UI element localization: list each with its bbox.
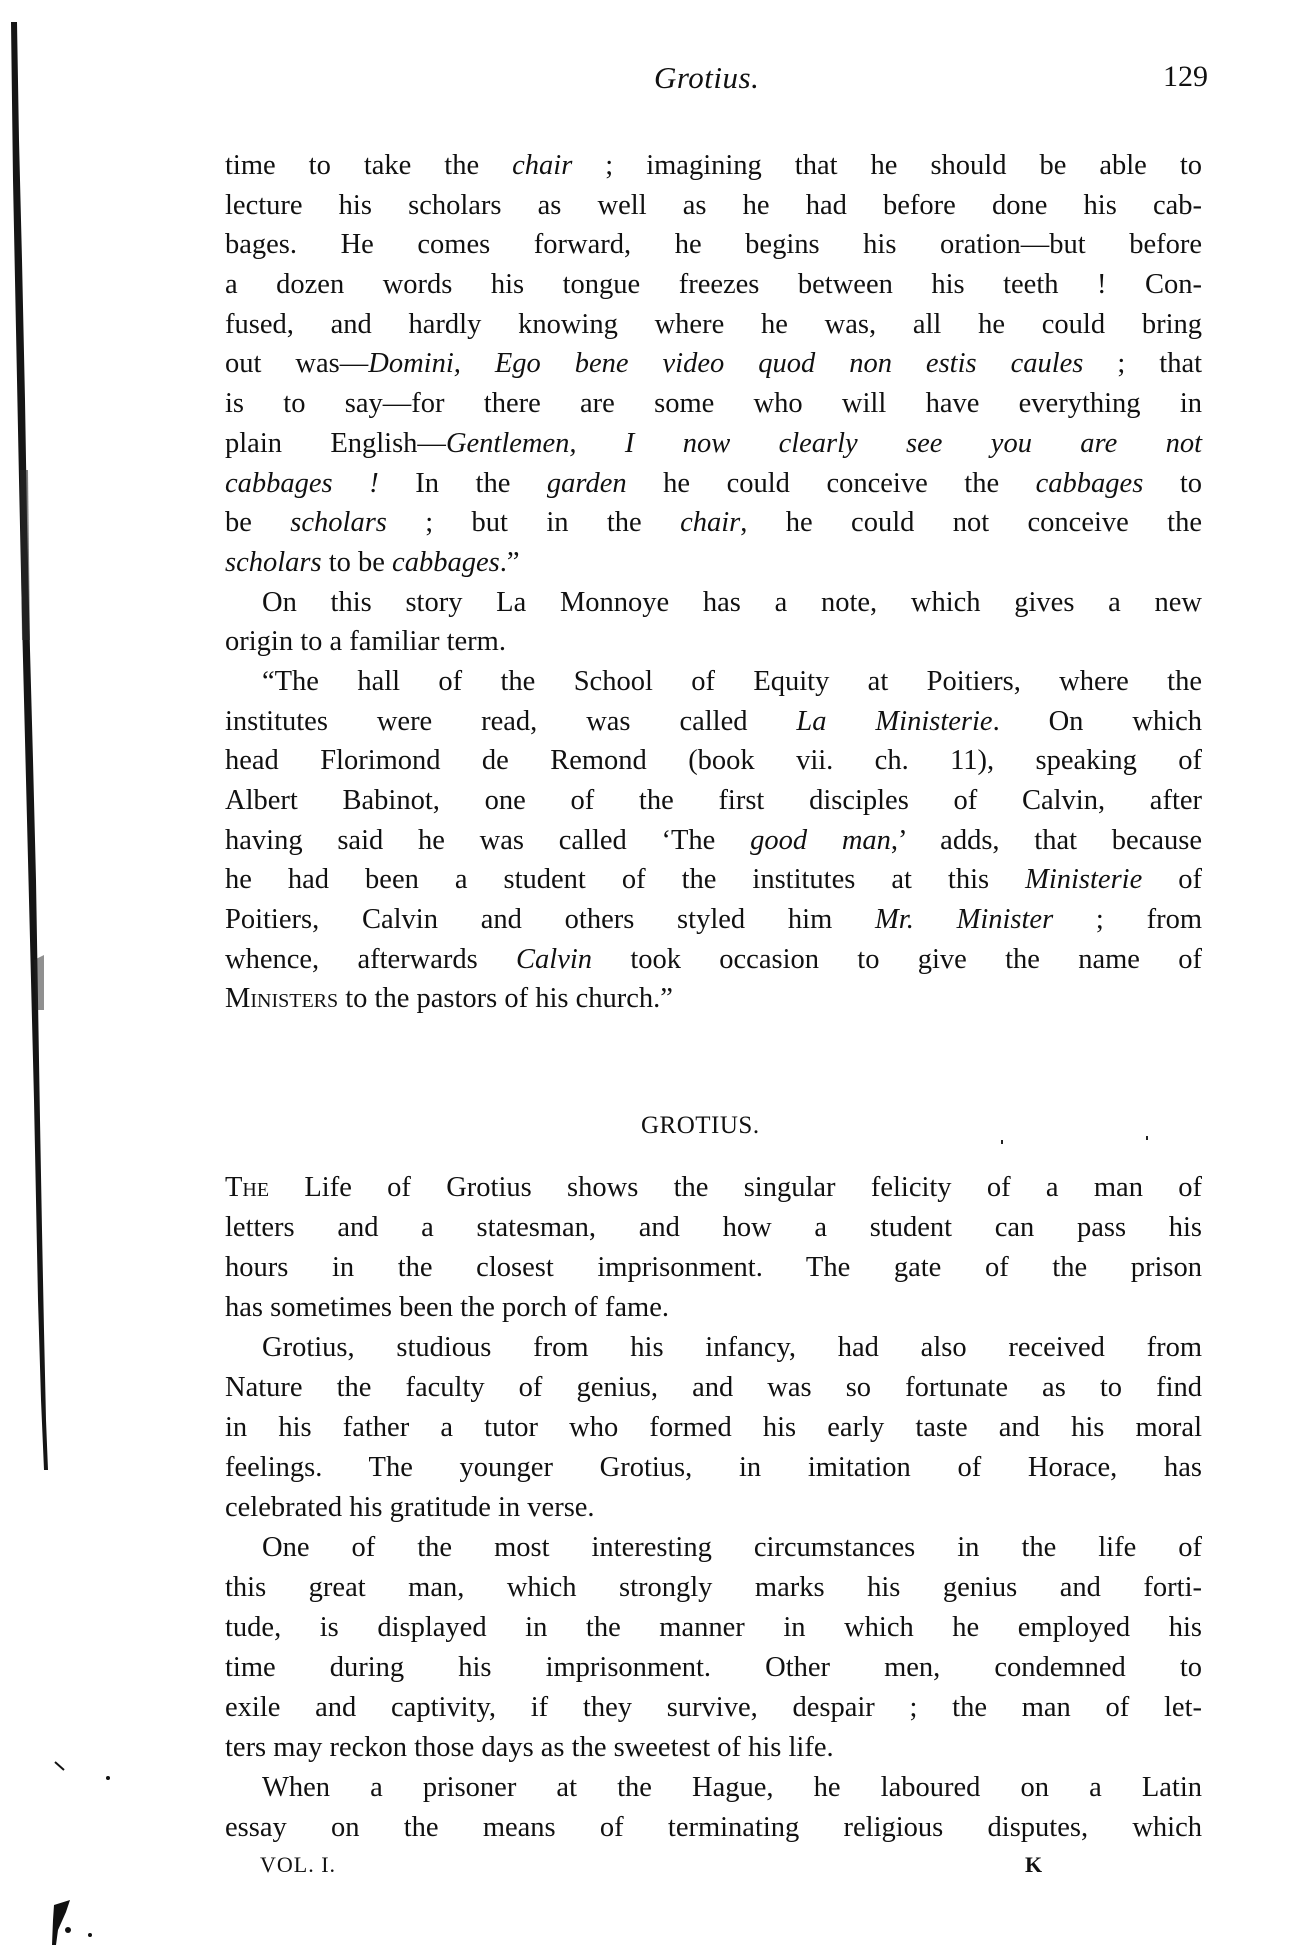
text-line: Ministers to the pastors of his church.” [225, 979, 1202, 1019]
text-line: When a prisoner at the Hague, he laboure… [225, 1768, 1202, 1808]
italic-phrase: La Ministerie [796, 706, 992, 737]
text-line: plain English—Gentlemen, I now clearly s… [225, 424, 1202, 464]
italic-phrase: good man [750, 825, 891, 856]
text-line: celebrated his gratitude in verse. [225, 1488, 1202, 1528]
text-line: time to take the chair ; imagining that … [225, 146, 1202, 186]
text-run: has sometimes been the porch of fame. [225, 1292, 669, 1323]
text-line: On this story La Monnoye has a note, whi… [225, 583, 1202, 623]
page-footer: VOL. I. K [0, 1852, 1314, 1882]
text-run: ; but in the [387, 507, 680, 538]
text-run: hours in the closest imprisonment. The g… [225, 1252, 1202, 1283]
text-line: “The hall of the School of Equity at Poi… [225, 662, 1202, 702]
text-line: this great man, which strongly marks his… [225, 1568, 1202, 1608]
text-line: cabbages ! In the garden he could concei… [225, 464, 1202, 504]
text-line: time during his imprisonment. Other men,… [225, 1648, 1202, 1688]
text-run: ,’ adds, that because [891, 825, 1202, 856]
text-run: took occasion to give the name of [592, 944, 1202, 975]
text-run: to the pastors of his church.” [338, 983, 673, 1014]
text-run: time during his imprisonment. Other men,… [225, 1652, 1202, 1683]
text-run: essay on the means of terminating religi… [225, 1812, 1202, 1843]
text-run: ; from [1053, 904, 1202, 935]
text-line: Nature the faculty of genius, and was so… [225, 1368, 1202, 1408]
text-run: . On which [993, 706, 1202, 737]
text-run: ; imagining that he should be able to [572, 150, 1202, 181]
text-run: feelings. The younger Grotius, in imitat… [225, 1452, 1202, 1483]
text-run: “The hall of the School of Equity at Poi… [262, 666, 1202, 697]
text-run: ; that [1083, 348, 1202, 379]
text-line: Albert Babinot, one of the first discipl… [225, 781, 1202, 821]
italic-phrase: garden [547, 468, 627, 499]
italic-phrase: chair [680, 507, 740, 538]
text-line: head Florimond de Remond (book vii. ch. … [225, 741, 1202, 781]
text-run: origin to a familiar term. [225, 626, 506, 657]
text-line: bages. He comes forward, he begins his o… [225, 225, 1202, 265]
text-run: he could conceive the [627, 468, 1036, 499]
text-line: feelings. The younger Grotius, in imitat… [225, 1448, 1202, 1488]
text-line: The Life of Grotius shows the singular f… [225, 1168, 1202, 1208]
text-line: tude, is displayed in the manner in whic… [225, 1608, 1202, 1648]
italic-phrase: Domini, Ego bene video quod non estis ca… [368, 348, 1083, 379]
text-run: a dozen words his tongue freezes between… [225, 269, 1202, 300]
text-run: to be [322, 547, 392, 578]
italic-phrase: scholars [225, 547, 322, 578]
italic-phrase: Calvin [516, 944, 592, 975]
small-caps-phrase: Ministers [225, 983, 338, 1014]
text-run: One of the most interesting circumstance… [262, 1532, 1202, 1563]
text-run: On this story La Monnoye has a note, whi… [262, 587, 1202, 618]
text-line: he had been a student of the institutes … [225, 860, 1202, 900]
text-run: Grotius, studious from his infancy, had … [262, 1332, 1202, 1363]
text-line: be scholars ; but in the chair, he could… [225, 503, 1202, 543]
text-line: Grotius, studious from his infancy, had … [225, 1328, 1202, 1368]
italic-phrase: cabbages [392, 547, 500, 578]
text-run: bages. He comes forward, he begins his o… [225, 229, 1202, 260]
text-line: essay on the means of terminating religi… [225, 1808, 1202, 1848]
text-run: whence, afterwards [225, 944, 516, 975]
italic-phrase: Ministerie [1025, 864, 1142, 895]
page-number: 129 [1163, 60, 1208, 94]
text-block-grotius-essay: The Life of Grotius shows the singular f… [225, 1168, 1202, 1848]
text-run: lecture his scholars as well as he had b… [225, 190, 1202, 221]
text-line: is to say—for there are some who will ha… [225, 384, 1202, 424]
text-run: ters may reckon those days as the sweete… [225, 1732, 834, 1763]
scanned-page-edge-shadow [0, 0, 120, 1951]
text-run: fused, and hardly knowing where he was, … [225, 309, 1202, 340]
text-run: exile and captivity, if they survive, de… [225, 1692, 1202, 1723]
text-block-continued-anecdote: time to take the chair ; imagining that … [225, 146, 1202, 1019]
text-run: tude, is displayed in the manner in whic… [225, 1612, 1202, 1643]
text-line: in his father a tutor who formed his ear… [225, 1408, 1202, 1448]
running-head: Grotius. 129 [0, 58, 1314, 108]
text-line: ters may reckon those days as the sweete… [225, 1728, 1202, 1768]
text-run: letters and a statesman, and how a stude… [225, 1212, 1202, 1243]
text-run: in his father a tutor who formed his ear… [225, 1412, 1202, 1443]
text-run: Albert Babinot, one of the first discipl… [225, 785, 1202, 816]
text-line: origin to a familiar term. [225, 622, 1202, 662]
text-line: exile and captivity, if they survive, de… [225, 1688, 1202, 1728]
small-caps-phrase: The [225, 1172, 269, 1203]
text-line: whence, afterwards Calvin took occasion … [225, 940, 1202, 980]
italic-phrase: Gentlemen, I now clearly see you are not [446, 428, 1202, 459]
italic-phrase: scholars [290, 507, 387, 538]
text-run: be [225, 507, 290, 538]
text-run: to [1143, 468, 1202, 499]
text-line: Poitiers, Calvin and others styled him M… [225, 900, 1202, 940]
running-title: Grotius. [654, 60, 759, 96]
text-line: hours in the closest imprisonment. The g… [225, 1248, 1202, 1288]
text-run: out was— [225, 348, 368, 379]
volume-signature: VOL. I. [260, 1852, 336, 1878]
italic-phrase: cabbages [1036, 468, 1144, 499]
text-run: plain English— [225, 428, 446, 459]
text-run: head Florimond de Remond (book vii. ch. … [225, 745, 1202, 776]
stray-print-mark [1001, 1140, 1003, 1144]
text-run: .” [500, 547, 520, 578]
text-run: , he could not conceive the [740, 507, 1202, 538]
italic-phrase: Mr. Minister [875, 904, 1053, 935]
text-line: One of the most interesting circumstance… [225, 1528, 1202, 1568]
text-line: letters and a statesman, and how a stude… [225, 1208, 1202, 1248]
italic-phrase: cabbages ! [225, 468, 379, 499]
gathering-signature: K [1025, 1852, 1042, 1878]
text-run: When a prisoner at the Hague, he laboure… [262, 1772, 1202, 1803]
text-run: Nature the faculty of genius, and was so… [225, 1372, 1202, 1403]
text-run: institutes were read, was called [225, 706, 796, 737]
section-heading: GROTIUS. [641, 1112, 760, 1140]
text-run: Life of Grotius shows the singular felic… [269, 1172, 1202, 1203]
text-run: Poitiers, Calvin and others styled him [225, 904, 875, 935]
text-line: scholars to be cabbages.” [225, 543, 1202, 583]
text-run: having said he was called ‘The [225, 825, 750, 856]
text-run: celebrated his gratitude in verse. [225, 1492, 595, 1523]
text-run: time to take the [225, 150, 512, 181]
text-line: a dozen words his tongue freezes between… [225, 265, 1202, 305]
text-line: fused, and hardly knowing where he was, … [225, 305, 1202, 345]
italic-phrase: chair [512, 150, 572, 181]
stray-print-mark [1146, 1136, 1148, 1140]
text-run: he had been a student of the institutes … [225, 864, 1025, 895]
text-run: this great man, which strongly marks his… [225, 1572, 1202, 1603]
text-line: institutes were read, was called La Mini… [225, 702, 1202, 742]
text-line: lecture his scholars as well as he had b… [225, 186, 1202, 226]
text-run: In the [379, 468, 547, 499]
text-run: of [1142, 864, 1202, 895]
text-run: is to say—for there are some who will ha… [225, 388, 1202, 419]
text-line: has sometimes been the porch of fame. [225, 1288, 1202, 1328]
text-line: out was—Domini, Ego bene video quod non … [225, 344, 1202, 384]
text-line: having said he was called ‘The good man,… [225, 821, 1202, 861]
